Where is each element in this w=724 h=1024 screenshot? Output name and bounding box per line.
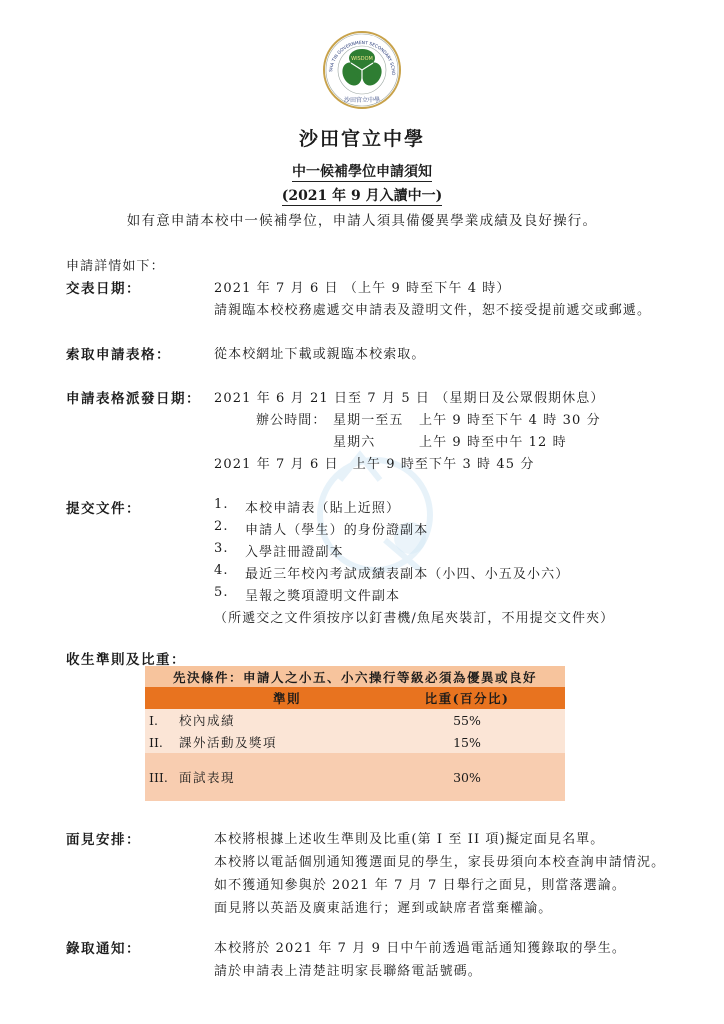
- submission-date-label: 交表日期：: [66, 277, 141, 297]
- distribution-date-value: 2021 年 6 月 21 日至 7 月 5 日 （星期日及公眾假期休息）: [214, 387, 604, 406]
- saturday-hours: 上午 9 時至中午 12 時: [419, 431, 567, 450]
- interview-line: 如不獲通知參與於 2021 年 7 月 7 日舉行之面見，則當落選論。: [214, 874, 626, 893]
- document-item-num: 5.: [214, 585, 229, 600]
- document-item: 申請人（學生）的身份證副本: [245, 519, 428, 538]
- saturday-label: 星期六: [333, 431, 375, 450]
- table-row: II. 課外活動及獎項 15%: [145, 731, 565, 753]
- column-header-weight: 比重(百分比): [369, 687, 565, 709]
- row-criteria: 面試表現: [179, 753, 369, 801]
- row-weight: 15%: [369, 731, 565, 753]
- row-criteria: 課外活動及獎項: [179, 731, 369, 753]
- distribution-last-day: 2021 年 7 月 6 日 上午 9 時至下午 3 時 45 分: [214, 453, 534, 472]
- document-subtitle: (2021 年 9 月入讀中一): [0, 185, 724, 205]
- details-heading: 申請詳情如下：: [66, 255, 165, 274]
- weekday-hours: 上午 9 時至下午 4 時 30 分: [419, 409, 601, 428]
- svg-text:沙田官立中學: 沙田官立中學: [344, 96, 380, 104]
- admission-label: 錄取通知：: [66, 937, 141, 957]
- criteria-table: 先決條件：申請人之小五、小六操行等級必須為優異或良好 準則 比重(百分比) I.…: [145, 666, 565, 801]
- documents-note: （所遞交之文件須按序以釘書機/魚尾夾裝訂，不用提交文件夾）: [214, 607, 614, 626]
- admission-line: 本校將於 2021 年 7 月 9 日中午前透過電話通知獲錄取的學生。: [214, 937, 626, 956]
- document-item-num: 4.: [214, 563, 229, 578]
- document-item: 入學註冊證副本: [245, 541, 344, 560]
- title-text: 中一候補學位申請須知: [292, 164, 432, 182]
- document-item-num: 2.: [214, 519, 229, 534]
- criteria-label: 收生準則及比重：: [66, 648, 186, 668]
- document-item: 最近三年校內考試成績表副本（小四、小五及小六）: [245, 563, 569, 582]
- submission-instructions: 請親臨本校校務處遞交申請表及證明文件，恕不接受提前遞交或郵遞。: [214, 299, 651, 318]
- subtitle-text: (2021 年 9 月入讀中一): [282, 188, 443, 206]
- interview-label: 面見安排：: [66, 828, 141, 848]
- document-item-num: 1.: [214, 497, 229, 512]
- row-number: III.: [145, 753, 179, 801]
- table-row: I. 校內成績 55%: [145, 709, 565, 731]
- column-header-criteria: 準則: [145, 687, 369, 709]
- row-number: I.: [145, 709, 179, 731]
- row-number: II.: [145, 731, 179, 753]
- table-header-row: 準則 比重(百分比): [145, 687, 565, 709]
- row-weight: 30%: [369, 753, 565, 801]
- document-item: 本校申請表（貼上近照）: [245, 497, 400, 516]
- office-hours-label: 辦公時間：: [256, 409, 327, 428]
- document-item: 呈報之獎項證明文件副本: [245, 585, 400, 604]
- documents-label: 提交文件：: [66, 497, 141, 517]
- row-criteria: 校內成績: [179, 709, 369, 731]
- row-weight: 55%: [369, 709, 565, 731]
- document-item-num: 3.: [214, 541, 229, 556]
- obtain-form-label: 索取申請表格：: [66, 343, 171, 363]
- document-page: WISDOM 沙田官立中學 SHA TIN GOVERNMENT SECONDA…: [0, 0, 724, 1024]
- school-logo: WISDOM 沙田官立中學 SHA TIN GOVERNMENT SECONDA…: [322, 30, 402, 110]
- admission-line: 請於申請表上清楚註明家長聯絡電話號碼。: [214, 960, 482, 979]
- prerequisite-text: 先決條件：申請人之小五、小六操行等級必須為優異或良好: [145, 666, 565, 687]
- distribution-date-label: 申請表格派發日期：: [66, 387, 201, 407]
- interview-line: 本校將以電話個別通知獲選面見的學生，家長毋須向本校查詢申請情況。: [214, 851, 665, 870]
- intro-text: 如有意申請本校中一候補學位，申請人須具備優異學業成績及良好操行。: [0, 209, 724, 229]
- school-crest-icon: WISDOM 沙田官立中學 SHA TIN GOVERNMENT SECONDA…: [322, 30, 402, 110]
- submission-date-value: 2021 年 7 月 6 日 （上午 9 時至下午 4 時）: [214, 277, 511, 296]
- weekday-label: 星期一至五: [333, 409, 404, 428]
- table-row: III. 面試表現 30%: [145, 753, 565, 801]
- obtain-form-value: 從本校網址下載或親臨本校索取。: [214, 343, 426, 362]
- school-name: 沙田官立中學: [0, 124, 724, 151]
- interview-line: 本校將根據上述收生準則及比重(第 I 至 II 項)擬定面見名單。: [214, 828, 604, 847]
- prerequisite-row: 先決條件：申請人之小五、小六操行等級必須為優異或良好: [145, 666, 565, 687]
- svg-text:WISDOM: WISDOM: [351, 56, 373, 62]
- interview-line: 面見將以英語及廣東話進行；遲到或缺席者當棄權論。: [214, 897, 552, 916]
- document-title: 中一候補學位申請須知: [0, 161, 724, 181]
